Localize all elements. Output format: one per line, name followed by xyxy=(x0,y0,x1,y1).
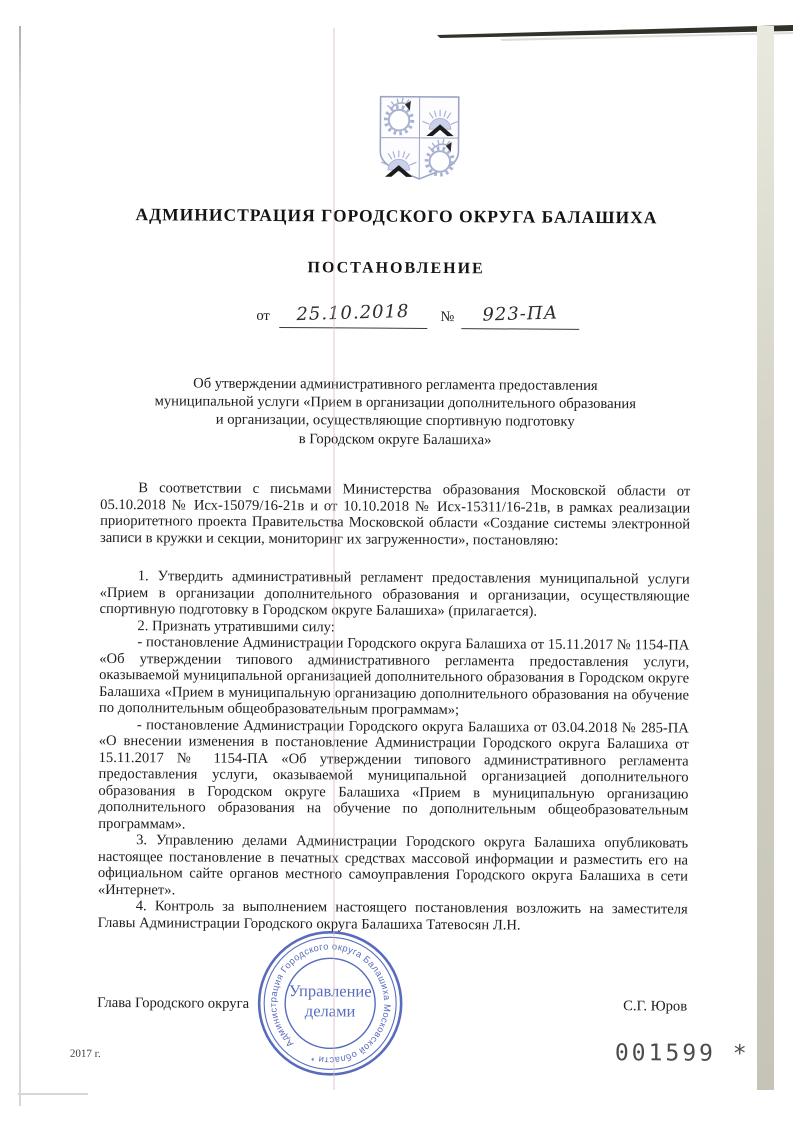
date-label: от xyxy=(256,308,270,325)
number-label: № xyxy=(440,309,454,326)
item-1-paragraph: 1. Утвердить административный регламент … xyxy=(100,568,690,621)
subject-line: в Городском округе Балашиха» xyxy=(0,428,792,451)
handwritten-number: 923-ПА xyxy=(482,302,558,325)
number-blank: 923-ПА xyxy=(461,302,579,330)
stamp-center-line-1: Управление xyxy=(289,981,372,1001)
form-year-note: 2017 г. xyxy=(70,1048,101,1060)
organization-name: АДМИНИСТРАЦИЯ ГОРОДСКОГО ОКРУГА БАЛАШИХА xyxy=(0,203,793,229)
preamble-paragraph: В соответствии с письмами Министерства о… xyxy=(100,480,690,550)
date-number-line: от 25.10.2018 № 923-ПА xyxy=(0,299,792,338)
document-subject: Об утверждении административного регламе… xyxy=(0,373,792,451)
registration-stamp-number: 001599 * xyxy=(615,1040,750,1067)
signer-position: Глава Городского округа xyxy=(97,995,249,1013)
document-type-title: ПОСТАНОВЛЕНИЕ xyxy=(0,257,793,280)
balashikha-coat-of-arms-icon xyxy=(377,95,462,182)
item-3-paragraph: 3. Управлению делами Администрации Город… xyxy=(98,832,688,902)
handwritten-date: 25.10.2018 xyxy=(297,301,411,325)
repealed-act-1-paragraph: - постановление Администрации Городского… xyxy=(99,634,689,720)
scanned-document-page: АДМИНИСТРАЦИЯ ГОРОДСКОГО ОКРУГА БАЛАШИХА… xyxy=(0,0,793,1122)
signer-name: С.Г. Юров xyxy=(623,998,687,1015)
date-blank: 25.10.2018 xyxy=(279,301,427,329)
round-stamp: Администрация Городского округа Балашиха… xyxy=(255,928,406,1079)
document-body: В соответствии с письмами Министерства о… xyxy=(98,480,691,935)
document-content: АДМИНИСТРАЦИЯ ГОРОДСКОГО ОКРУГА БАЛАШИХА… xyxy=(0,0,793,1122)
repealed-act-2-paragraph: - постановление Администрации Городского… xyxy=(98,716,689,835)
stamp-center-line-2: делами xyxy=(305,1001,356,1020)
